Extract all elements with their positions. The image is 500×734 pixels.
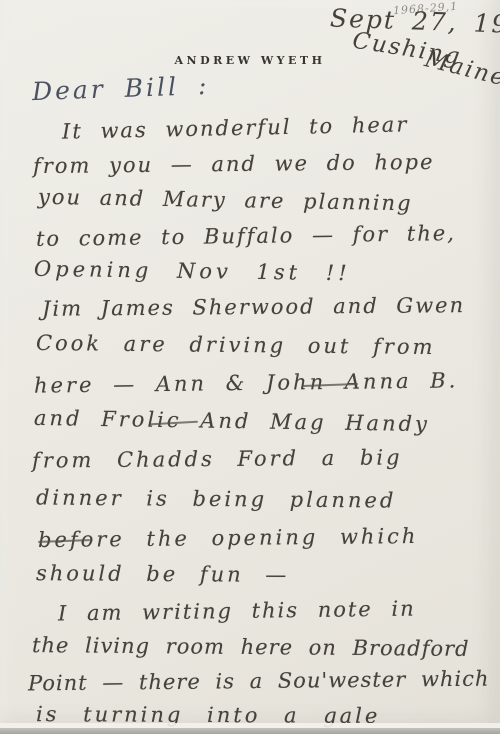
body-line: from you — and we do hope xyxy=(33,150,435,178)
body-line: Point — there is a Sou'wester which xyxy=(28,667,490,696)
salutation: Dear Bill : xyxy=(32,71,210,106)
letter-page: 1968-29,1 Sept 27, 1962 — Cushing Maine … xyxy=(0,0,500,734)
body-line: dinner is being planned xyxy=(36,485,397,512)
body-line: to come to Buffalo — for the, xyxy=(36,221,456,251)
body-line: you and Mary are planning xyxy=(38,185,413,216)
body-line: Cook are driving out from xyxy=(36,331,436,359)
body-line: from Chadds Ford a big xyxy=(32,445,403,472)
letterhead: ANDREW WYETH xyxy=(0,54,500,67)
body-line: Jim James Sherwood and Gwen xyxy=(42,293,465,321)
body-line: before the opening which xyxy=(38,524,419,552)
body-line: the living room here on Broadford xyxy=(32,633,470,661)
paper-edge-shadow xyxy=(0,728,500,734)
body-line: I am writing this note in xyxy=(58,597,416,626)
body-line: It was wonderful to hear xyxy=(62,112,409,143)
body-line: here — Ann & John Anna B. xyxy=(34,368,459,397)
body-line: Opening Nov 1st !! xyxy=(34,257,351,285)
body-line: should be fun — xyxy=(36,561,290,587)
body-line: and Frolic And Mag Handy xyxy=(34,406,430,436)
